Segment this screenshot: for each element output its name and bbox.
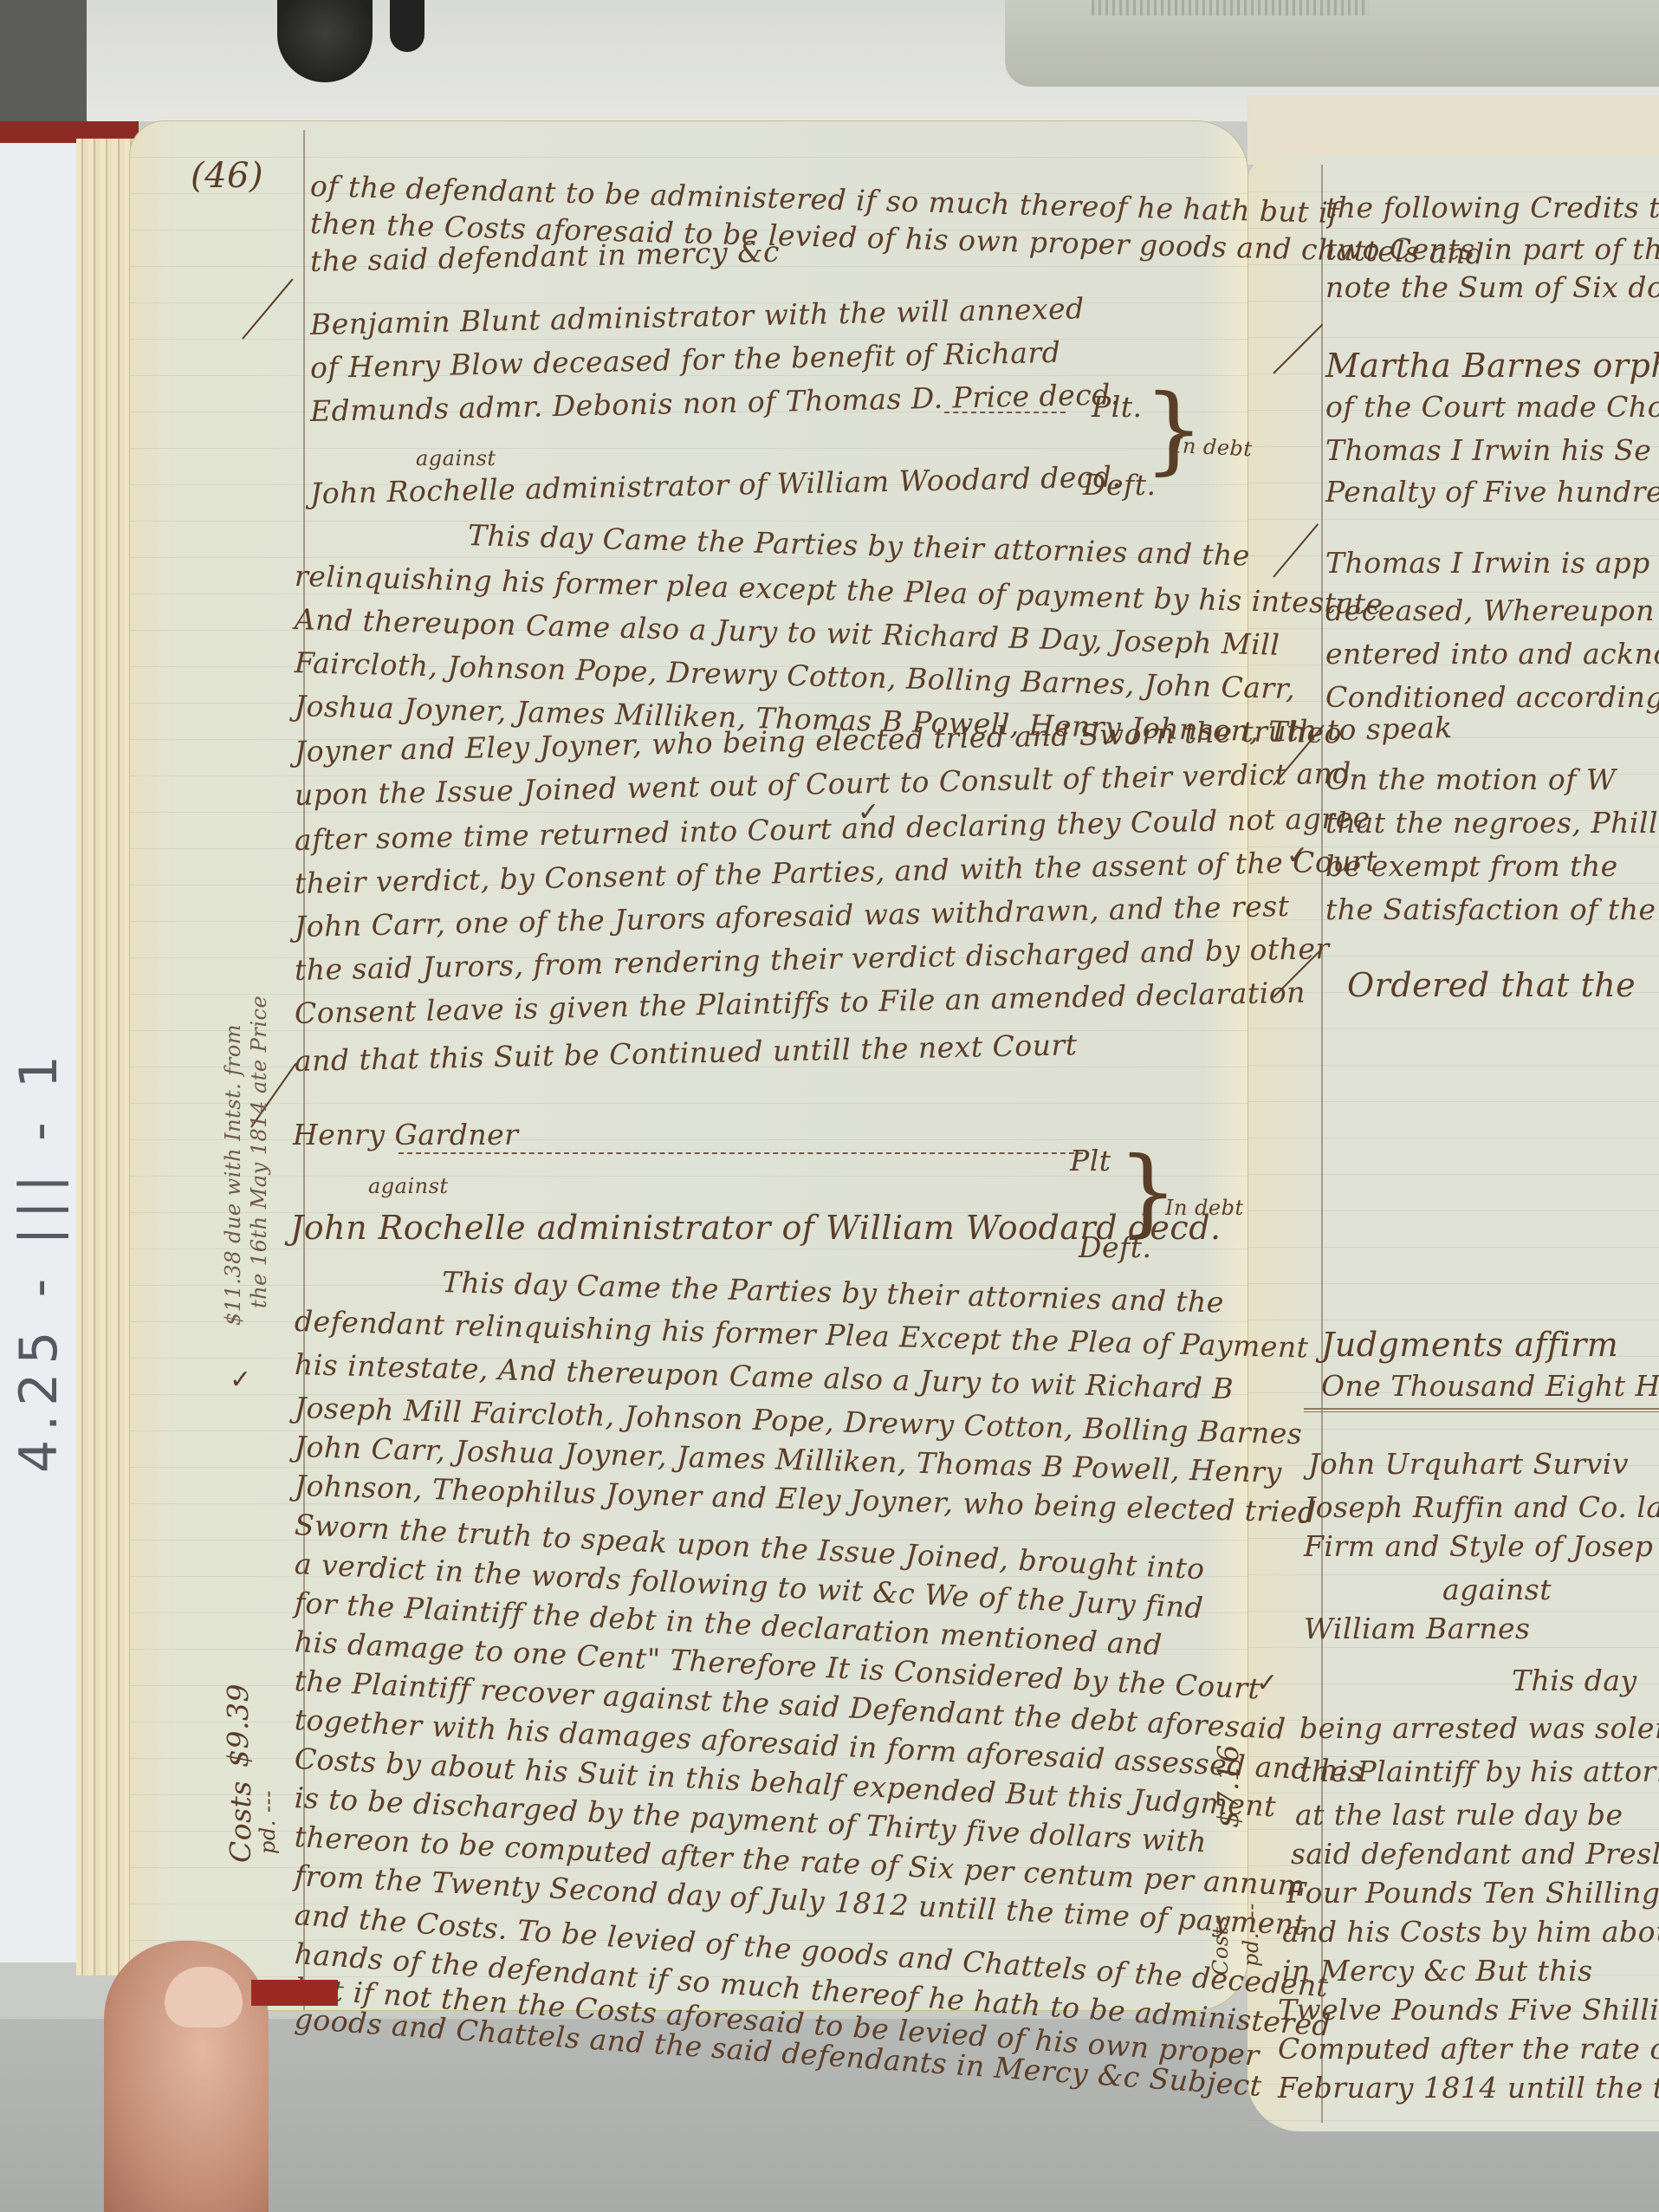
text-line: be exempt from the [1325, 849, 1618, 883]
text-line: the Plaintiff by his attorn [1299, 1755, 1659, 1788]
text-line: William Barnes [1304, 1612, 1530, 1645]
text-line: Computed after the rate of [1278, 2032, 1659, 2066]
book-cover-red [251, 1980, 338, 2006]
costs-label: Costs [1209, 1915, 1233, 1975]
page-stack-edges [76, 139, 137, 1975]
checkmark-icon: ✓ [858, 797, 879, 827]
text-line: On the motion of W [1325, 762, 1616, 796]
costs-amount: $7.16 [1211, 1744, 1245, 1828]
text-line: Firm and Style of Josep [1304, 1529, 1653, 1563]
plaintiff-tag: Plt [1070, 1144, 1111, 1177]
text-line: Conditioned according to [1325, 680, 1659, 714]
text-line: the following Credits to [1325, 191, 1659, 224]
text-line: Ordered that the [1347, 966, 1636, 1004]
section-divider [1304, 1408, 1659, 1412]
text-line: John Urquhart Surviv [1308, 1447, 1629, 1481]
brace-icon: } [1144, 381, 1204, 477]
text-line: This day [1512, 1664, 1637, 1697]
text-line: that the negroes, Phillis [1325, 806, 1659, 840]
plaintiff-line: Henry Gardner [293, 1118, 518, 1151]
text-line: Thomas I Irwin his Se [1325, 433, 1651, 467]
text-line: said defendant and Presley [1291, 1837, 1659, 1871]
text-line: at the last rule day be [1295, 1798, 1623, 1832]
dash-leader [944, 412, 1066, 413]
costs-paid: pd. --- [256, 1790, 280, 1854]
text-line: note the Sum of Six doll [1325, 270, 1659, 304]
against-label: against [416, 446, 496, 470]
costs-amount: $9.39 [221, 1683, 255, 1768]
against-label: against [1442, 1573, 1552, 1606]
text-line: Four Pounds Ten Shilling [1286, 1876, 1659, 1910]
text-line: deceased, Whereupon the [1325, 594, 1659, 627]
dash-leader [399, 1152, 1083, 1154]
pencil-note: 4.25 - ||| - 1 [9, 1047, 69, 1473]
text-line: Thomas I Irwin is app [1325, 546, 1650, 580]
text-line: Twelve Pounds Five Shilling [1278, 1993, 1659, 2027]
text-line: Penalty of Five hundred [1325, 475, 1659, 509]
margin-note: the 16th May 1814 ate Price [247, 996, 271, 1308]
thumbnail [165, 1967, 243, 2027]
device-grille [1092, 0, 1369, 16]
costs-paid: pd. --- [1239, 1903, 1263, 1967]
text-line: of the Court made Choice [1325, 390, 1659, 424]
margin-note: $11.38 due with Intst. from [221, 1024, 245, 1326]
plaintiff-tag: Plt. [1092, 390, 1143, 424]
costs-label: Costs [224, 1781, 257, 1863]
checkmark-icon: ✓ [230, 1365, 251, 1395]
text-line: Joseph Ruffin and Co. lat [1304, 1490, 1659, 1524]
against-label: against [368, 1174, 449, 1198]
scanner-mount [0, 0, 87, 121]
text-line: the Satisfaction of the C [1325, 892, 1659, 926]
text-line: Martha Barnes orphan [1325, 347, 1659, 385]
checkmark-icon: ✓ [1286, 840, 1308, 871]
action-type: In debt [1165, 1196, 1244, 1220]
text-line: in Mercy &c But this [1282, 1954, 1593, 1988]
text-line: February 1814 untill the ti [1278, 2071, 1659, 2105]
brace-icon: } [1118, 1144, 1178, 1239]
checkmark-icon: ✓ [1256, 1668, 1278, 1698]
text-line: and his Costs by him about [1282, 1915, 1659, 1949]
clamp-arm [390, 0, 424, 52]
text-line: being arrested was solemnly [1299, 1711, 1659, 1745]
text-line: One Thousand Eight H [1321, 1369, 1659, 1403]
action-type: In debt [1173, 433, 1253, 461]
text-line: entered into and acknow [1325, 637, 1659, 671]
underlying-page [1247, 95, 1659, 165]
text-line: two Cents in part of the [1325, 232, 1659, 266]
page-number: (46) [191, 156, 263, 196]
text-line: Judgments affirm [1321, 1326, 1618, 1364]
